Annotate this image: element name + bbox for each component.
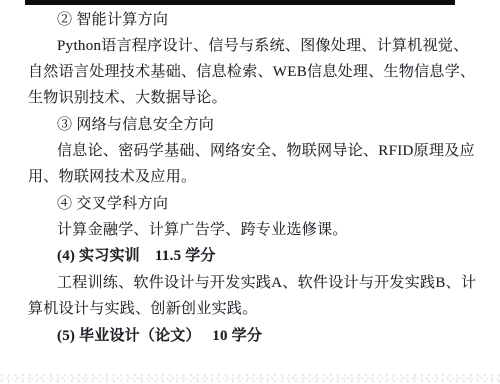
scan-noise-strip: [0, 373, 500, 384]
course-list-line-8: 算机设计与实践、创新创业实践。: [28, 300, 258, 319]
section-heading-intelligent-computing: ② 智能计算方向: [57, 11, 168, 30]
course-list-line-6: 计算金融学、计算广告学、跨专业选修课。: [57, 221, 348, 240]
course-list-line-4: 信息论、密码学基础、网络安全、物联网导论、RFID原理及应: [57, 142, 475, 161]
course-list-line-3: 生物识别技术、大数据导论。: [28, 89, 227, 108]
heading-graduation-design-credits: (5) 毕业设计（论文） 10 学分: [57, 327, 262, 346]
document-page: ② 智能计算方向 Python语言程序设计、信号与系统、图像处理、计算机视觉、 …: [0, 0, 500, 384]
section-heading-network-information-security: ③ 网络与信息安全方向: [57, 116, 214, 135]
course-list-line-5: 用、物联网技术及应用。: [28, 168, 196, 187]
course-list-line-1: Python语言程序设计、信号与系统、图像处理、计算机视觉、: [57, 37, 469, 56]
section-heading-interdisciplinary: ④ 交叉学科方向: [57, 195, 168, 214]
heading-internship-training-credits: (4) 实习实训 11.5 学分: [57, 247, 216, 266]
course-list-line-2: 自然语言处理技术基础、信息检索、WEB信息处理、生物信息学、: [28, 63, 475, 82]
top-border-rule: [25, 0, 455, 5]
course-list-line-7: 工程训练、软件设计与开发实践A、软件设计与开发实践B、计: [57, 274, 476, 293]
